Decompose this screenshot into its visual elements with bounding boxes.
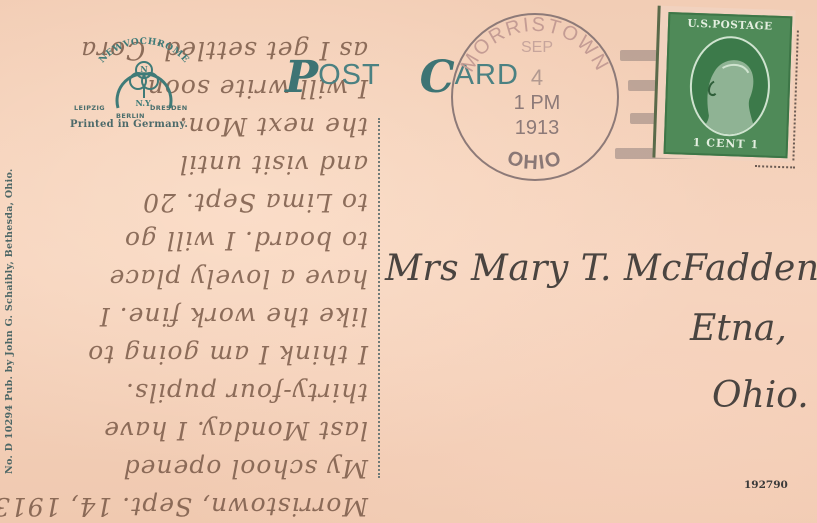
printed-in-germany: Printed in Germany.	[70, 119, 188, 130]
address-town: Etna,	[690, 308, 787, 349]
washington-portrait-icon	[688, 35, 771, 138]
logo-city-right: DRESDEN	[150, 104, 188, 112]
shamrock-emblem-icon: NEWVOCHROME N N.Y.	[80, 36, 210, 126]
message-line: have a lovely place	[109, 264, 368, 293]
stamp-postage-text: U.S.POSTAGE	[670, 17, 790, 33]
postmark: MORRISTOWN OHIO SEP 4 1 PM 1913	[445, 7, 625, 187]
message-line: and visit until	[179, 150, 368, 179]
postmark-time: 1 PM	[497, 92, 577, 115]
address-recipient: Mrs Mary T. McFadden	[385, 248, 817, 289]
logo-city-left: LEIPZIG	[74, 104, 105, 112]
address-state: Ohio.	[712, 375, 809, 416]
postcard-back: Morristown, Sept. 14, 1913. My school op…	[0, 0, 817, 523]
center-divider	[378, 118, 380, 478]
heading-word-ost: OST	[318, 59, 381, 91]
message-line-date: Morristown, Sept. 14, 1913.	[0, 492, 368, 521]
message-line: thirty-four pupils.	[125, 378, 368, 407]
stamp-perforation	[755, 165, 795, 168]
message-line: to Lima Sept. 20	[142, 188, 368, 217]
postmark-year: 1913	[497, 117, 577, 140]
message-line: My school opened	[123, 454, 368, 483]
message-line: to board. I will go	[124, 226, 368, 255]
stamp-perforation	[792, 31, 799, 161]
message-line: I think I am going to	[87, 340, 368, 369]
svg-text:N: N	[140, 64, 147, 74]
postmark-month: SEP	[507, 39, 567, 57]
svg-text:OHIO: OHIO	[505, 147, 566, 174]
message-line: like the work fine. I	[99, 302, 368, 331]
stamp-denomination: 1 CENT 1	[666, 135, 786, 152]
message-line: last Monday. I have	[103, 416, 368, 445]
postage-stamp: U.S.POSTAGE 1 CENT 1	[652, 6, 795, 163]
stock-number: 192790	[744, 479, 788, 491]
heading-initial-p: P	[285, 52, 318, 103]
postmark-day: 4	[507, 65, 567, 91]
publisher-credit: No. D 10294 Pub. by John G. Schaibly, Be…	[4, 168, 15, 474]
